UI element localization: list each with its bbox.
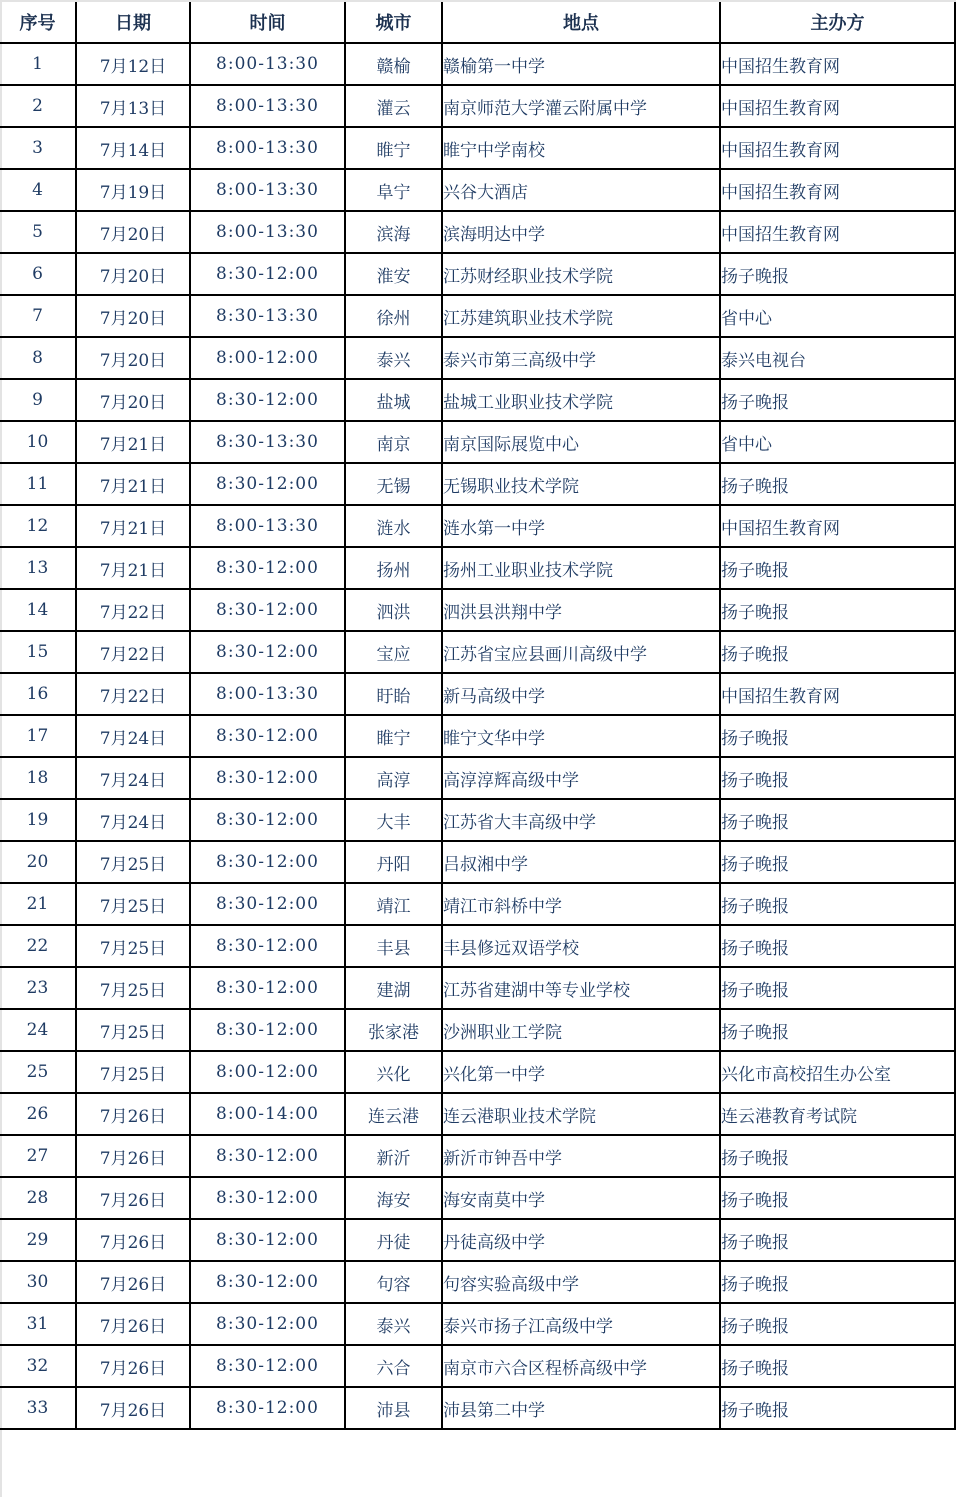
- cell-organizer: 扬子晚报: [720, 1387, 955, 1429]
- cell-no: 25: [0, 1051, 76, 1093]
- cell-no: 27: [0, 1135, 76, 1177]
- header-time: 时间: [190, 2, 345, 43]
- cell-city: 张家港: [345, 1009, 442, 1051]
- cell-city: 丰县: [345, 925, 442, 967]
- cell-date: 7月14日: [76, 127, 190, 169]
- cell-no: 7: [0, 295, 76, 337]
- table-row: 17月12日8:00-13:30赣榆赣榆第一中学中国招生教育网: [0, 43, 955, 85]
- table-row: 327月26日8:30-12:00六合南京市六合区程桥高级中学扬子晚报: [0, 1345, 955, 1387]
- table-row: 337月26日8:30-12:00沛县沛县第二中学扬子晚报: [0, 1387, 955, 1429]
- header-row: 序号 日期 时间 城市 地点 主办方: [0, 2, 955, 43]
- cell-no: 21: [0, 883, 76, 925]
- cell-city: 兴化: [345, 1051, 442, 1093]
- cell-time: 8:30-12:00: [190, 547, 345, 589]
- cell-time: 8:00-13:30: [190, 211, 345, 253]
- cell-location: 高淳淳辉高级中学: [442, 757, 720, 799]
- cell-city: 淮安: [345, 253, 442, 295]
- cell-location: 泰兴市扬子江高级中学: [442, 1303, 720, 1345]
- header-location: 地点: [442, 2, 720, 43]
- cell-organizer: 中国招生教育网: [720, 211, 955, 253]
- cell-location: 连云港职业技术学院: [442, 1093, 720, 1135]
- cell-time: 8:30-12:00: [190, 1009, 345, 1051]
- cell-location: 沙洲职业工学院: [442, 1009, 720, 1051]
- cell-city: 阜宁: [345, 169, 442, 211]
- cell-date: 7月26日: [76, 1345, 190, 1387]
- cell-time: 8:00-14:00: [190, 1093, 345, 1135]
- cell-organizer: 中国招生教育网: [720, 505, 955, 547]
- cell-city: 无锡: [345, 463, 442, 505]
- cell-organizer: 中国招生教育网: [720, 85, 955, 127]
- cell-organizer: 扬子晚报: [720, 1135, 955, 1177]
- cell-no: 31: [0, 1303, 76, 1345]
- cell-organizer: 省中心: [720, 421, 955, 463]
- cell-no: 24: [0, 1009, 76, 1051]
- cell-organizer: 扬子晚报: [720, 967, 955, 1009]
- cell-time: 8:00-13:30: [190, 43, 345, 85]
- cell-no: 20: [0, 841, 76, 883]
- cell-no: 15: [0, 631, 76, 673]
- cell-time: 8:30-12:00: [190, 883, 345, 925]
- table-row: 207月25日8:30-12:00丹阳吕叔湘中学扬子晚报: [0, 841, 955, 883]
- table-header: 序号 日期 时间 城市 地点 主办方: [0, 2, 955, 43]
- cell-date: 7月21日: [76, 463, 190, 505]
- cell-time: 8:30-12:00: [190, 589, 345, 631]
- cell-date: 7月20日: [76, 337, 190, 379]
- cell-time: 8:00-13:30: [190, 85, 345, 127]
- cell-no: 1: [0, 43, 76, 85]
- cell-no: 16: [0, 673, 76, 715]
- cell-time: 8:30-12:00: [190, 463, 345, 505]
- table-row: 297月26日8:30-12:00丹徒丹徒高级中学扬子晚报: [0, 1219, 955, 1261]
- table-row: 57月20日8:00-13:30滨海滨海明达中学中国招生教育网: [0, 211, 955, 253]
- cell-no: 33: [0, 1387, 76, 1429]
- table-row: 317月26日8:30-12:00泰兴泰兴市扬子江高级中学扬子晚报: [0, 1303, 955, 1345]
- cell-no: 4: [0, 169, 76, 211]
- cell-date: 7月20日: [76, 379, 190, 421]
- table-row: 87月20日8:00-12:00泰兴泰兴市第三高级中学泰兴电视台: [0, 337, 955, 379]
- cell-location: 新沂市钟吾中学: [442, 1135, 720, 1177]
- cell-date: 7月25日: [76, 1009, 190, 1051]
- cell-time: 8:30-12:00: [190, 1345, 345, 1387]
- cell-location: 赣榆第一中学: [442, 43, 720, 85]
- cell-time: 8:30-12:00: [190, 1261, 345, 1303]
- cell-no: 17: [0, 715, 76, 757]
- cell-date: 7月26日: [76, 1093, 190, 1135]
- table-row: 117月21日8:30-12:00无锡无锡职业技术学院扬子晚报: [0, 463, 955, 505]
- table-body: 17月12日8:00-13:30赣榆赣榆第一中学中国招生教育网27月13日8:0…: [0, 43, 955, 1429]
- cell-location: 靖江市斜桥中学: [442, 883, 720, 925]
- cell-city: 泰兴: [345, 1303, 442, 1345]
- cell-date: 7月21日: [76, 505, 190, 547]
- cell-date: 7月20日: [76, 253, 190, 295]
- cell-date: 7月13日: [76, 85, 190, 127]
- cell-time: 8:30-12:00: [190, 253, 345, 295]
- table-row: 187月24日8:30-12:00高淳高淳淳辉高级中学扬子晚报: [0, 757, 955, 799]
- cell-location: 海安南莫中学: [442, 1177, 720, 1219]
- cell-date: 7月25日: [76, 841, 190, 883]
- cell-organizer: 连云港教育考试院: [720, 1093, 955, 1135]
- cell-organizer: 扬子晚报: [720, 1009, 955, 1051]
- table-row: 227月25日8:30-12:00丰县丰县修远双语学校扬子晚报: [0, 925, 955, 967]
- cell-time: 8:00-12:00: [190, 1051, 345, 1093]
- cell-no: 8: [0, 337, 76, 379]
- cell-time: 8:00-13:30: [190, 505, 345, 547]
- cell-location: 吕叔湘中学: [442, 841, 720, 883]
- table-row: 237月25日8:30-12:00建湖江苏省建湖中等专业学校扬子晚报: [0, 967, 955, 1009]
- cell-no: 9: [0, 379, 76, 421]
- cell-city: 盐城: [345, 379, 442, 421]
- cell-city: 南京: [345, 421, 442, 463]
- cell-no: 10: [0, 421, 76, 463]
- cell-time: 8:30-13:30: [190, 421, 345, 463]
- cell-city: 靖江: [345, 883, 442, 925]
- cell-date: 7月12日: [76, 43, 190, 85]
- cell-city: 丹阳: [345, 841, 442, 883]
- cell-city: 连云港: [345, 1093, 442, 1135]
- cell-location: 泗洪县洪翔中学: [442, 589, 720, 631]
- cell-city: 海安: [345, 1177, 442, 1219]
- cell-organizer: 中国招生教育网: [720, 673, 955, 715]
- cell-location: 兴谷大酒店: [442, 169, 720, 211]
- table-row: 177月24日8:30-12:00睢宁睢宁文华中学扬子晚报: [0, 715, 955, 757]
- cell-no: 26: [0, 1093, 76, 1135]
- cell-city: 扬州: [345, 547, 442, 589]
- cell-city: 新沂: [345, 1135, 442, 1177]
- cell-time: 8:30-12:00: [190, 1219, 345, 1261]
- cell-time: 8:30-12:00: [190, 967, 345, 1009]
- cell-city: 丹徒: [345, 1219, 442, 1261]
- header-city: 城市: [345, 2, 442, 43]
- cell-city: 六合: [345, 1345, 442, 1387]
- table-row: 97月20日8:30-12:00盐城盐城工业职业技术学院扬子晚报: [0, 379, 955, 421]
- cell-organizer: 兴化市高校招生办公室: [720, 1051, 955, 1093]
- cell-no: 6: [0, 253, 76, 295]
- cell-organizer: 扬子晚报: [720, 715, 955, 757]
- cell-organizer: 扬子晚报: [720, 799, 955, 841]
- cell-location: 丰县修远双语学校: [442, 925, 720, 967]
- cell-date: 7月26日: [76, 1177, 190, 1219]
- cell-organizer: 扬子晚报: [720, 1219, 955, 1261]
- cell-organizer: 中国招生教育网: [720, 127, 955, 169]
- cell-no: 22: [0, 925, 76, 967]
- cell-location: 南京师范大学灌云附属中学: [442, 85, 720, 127]
- cell-no: 19: [0, 799, 76, 841]
- header-no: 序号: [0, 2, 76, 43]
- cell-organizer: 扬子晚报: [720, 925, 955, 967]
- cell-date: 7月26日: [76, 1303, 190, 1345]
- cell-location: 江苏省大丰高级中学: [442, 799, 720, 841]
- cell-location: 睢宁中学南校: [442, 127, 720, 169]
- cell-date: 7月20日: [76, 211, 190, 253]
- table-row: 167月22日8:00-13:30盱眙新马高级中学中国招生教育网: [0, 673, 955, 715]
- cell-no: 28: [0, 1177, 76, 1219]
- cell-location: 泰兴市第三高级中学: [442, 337, 720, 379]
- cell-date: 7月25日: [76, 1051, 190, 1093]
- cell-city: 睢宁: [345, 715, 442, 757]
- cell-location: 江苏财经职业技术学院: [442, 253, 720, 295]
- cell-location: 南京国际展览中心: [442, 421, 720, 463]
- cell-time: 8:30-12:00: [190, 1387, 345, 1429]
- cell-date: 7月24日: [76, 757, 190, 799]
- cell-location: 江苏建筑职业技术学院: [442, 295, 720, 337]
- cell-city: 灌云: [345, 85, 442, 127]
- cell-date: 7月25日: [76, 883, 190, 925]
- cell-location: 扬州工业职业技术学院: [442, 547, 720, 589]
- table-row: 307月26日8:30-12:00句容句容实验高级中学扬子晚报: [0, 1261, 955, 1303]
- cell-no: 5: [0, 211, 76, 253]
- header-organizer: 主办方: [720, 2, 955, 43]
- table-row: 287月26日8:30-12:00海安海安南莫中学扬子晚报: [0, 1177, 955, 1219]
- cell-organizer: 扬子晚报: [720, 589, 955, 631]
- cell-city: 大丰: [345, 799, 442, 841]
- cell-location: 睢宁文华中学: [442, 715, 720, 757]
- cell-no: 12: [0, 505, 76, 547]
- cell-organizer: 中国招生教育网: [720, 43, 955, 85]
- schedule-table: 序号 日期 时间 城市 地点 主办方 17月12日8:00-13:30赣榆赣榆第…: [0, 2, 956, 1430]
- cell-no: 13: [0, 547, 76, 589]
- cell-location: 江苏省建湖中等专业学校: [442, 967, 720, 1009]
- cell-date: 7月26日: [76, 1219, 190, 1261]
- header-date: 日期: [76, 2, 190, 43]
- cell-date: 7月25日: [76, 967, 190, 1009]
- cell-location: 盐城工业职业技术学院: [442, 379, 720, 421]
- cell-time: 8:30-12:00: [190, 379, 345, 421]
- cell-city: 泗洪: [345, 589, 442, 631]
- table-row: 77月20日8:30-13:30徐州江苏建筑职业技术学院省中心: [0, 295, 955, 337]
- table-row: 247月25日8:30-12:00张家港沙洲职业工学院扬子晚报: [0, 1009, 955, 1051]
- table-row: 47月19日8:00-13:30阜宁兴谷大酒店中国招生教育网: [0, 169, 955, 211]
- cell-organizer: 扬子晚报: [720, 883, 955, 925]
- table-row: 127月21日8:00-13:30涟水涟水第一中学中国招生教育网: [0, 505, 955, 547]
- cell-date: 7月25日: [76, 925, 190, 967]
- cell-organizer: 扬子晚报: [720, 547, 955, 589]
- table-row: 277月26日8:30-12:00新沂新沂市钟吾中学扬子晚报: [0, 1135, 955, 1177]
- cell-location: 涟水第一中学: [442, 505, 720, 547]
- cell-city: 建湖: [345, 967, 442, 1009]
- cell-date: 7月24日: [76, 799, 190, 841]
- cell-no: 2: [0, 85, 76, 127]
- cell-date: 7月22日: [76, 673, 190, 715]
- cell-time: 8:30-12:00: [190, 925, 345, 967]
- cell-no: 11: [0, 463, 76, 505]
- cell-organizer: 扬子晚报: [720, 1261, 955, 1303]
- cell-no: 14: [0, 589, 76, 631]
- cell-time: 8:30-12:00: [190, 1177, 345, 1219]
- cell-location: 句容实验高级中学: [442, 1261, 720, 1303]
- cell-organizer: 扬子晚报: [720, 1345, 955, 1387]
- cell-city: 涟水: [345, 505, 442, 547]
- cell-time: 8:30-12:00: [190, 757, 345, 799]
- cell-no: 32: [0, 1345, 76, 1387]
- cell-date: 7月26日: [76, 1387, 190, 1429]
- cell-time: 8:00-13:30: [190, 127, 345, 169]
- table-row: 147月22日8:30-12:00泗洪泗洪县洪翔中学扬子晚报: [0, 589, 955, 631]
- cell-city: 沛县: [345, 1387, 442, 1429]
- cell-organizer: 中国招生教育网: [720, 169, 955, 211]
- cell-city: 睢宁: [345, 127, 442, 169]
- cell-location: 兴化第一中学: [442, 1051, 720, 1093]
- cell-no: 30: [0, 1261, 76, 1303]
- cell-city: 盱眙: [345, 673, 442, 715]
- cell-time: 8:00-13:30: [190, 169, 345, 211]
- cell-time: 8:30-12:00: [190, 715, 345, 757]
- cell-time: 8:30-12:00: [190, 1135, 345, 1177]
- table-row: 217月25日8:30-12:00靖江靖江市斜桥中学扬子晚报: [0, 883, 955, 925]
- cell-time: 8:00-12:00: [190, 337, 345, 379]
- cell-date: 7月21日: [76, 421, 190, 463]
- cell-time: 8:30-12:00: [190, 631, 345, 673]
- table-row: 137月21日8:30-12:00扬州扬州工业职业技术学院扬子晚报: [0, 547, 955, 589]
- table-row: 67月20日8:30-12:00淮安江苏财经职业技术学院扬子晚报: [0, 253, 955, 295]
- cell-time: 8:30-12:00: [190, 799, 345, 841]
- table-row: 27月13日8:00-13:30灌云南京师范大学灌云附属中学中国招生教育网: [0, 85, 955, 127]
- cell-location: 滨海明达中学: [442, 211, 720, 253]
- cell-time: 8:00-13:30: [190, 673, 345, 715]
- cell-city: 徐州: [345, 295, 442, 337]
- cell-city: 滨海: [345, 211, 442, 253]
- cell-location: 南京市六合区程桥高级中学: [442, 1345, 720, 1387]
- table-row: 257月25日8:00-12:00兴化兴化第一中学兴化市高校招生办公室: [0, 1051, 955, 1093]
- cell-date: 7月24日: [76, 715, 190, 757]
- cell-organizer: 扬子晚报: [720, 463, 955, 505]
- cell-no: 29: [0, 1219, 76, 1261]
- cell-organizer: 扬子晚报: [720, 1303, 955, 1345]
- table-row: 197月24日8:30-12:00大丰江苏省大丰高级中学扬子晚报: [0, 799, 955, 841]
- cell-location: 丹徒高级中学: [442, 1219, 720, 1261]
- cell-location: 沛县第二中学: [442, 1387, 720, 1429]
- cell-date: 7月19日: [76, 169, 190, 211]
- cell-organizer: 扬子晚报: [720, 757, 955, 799]
- cell-city: 赣榆: [345, 43, 442, 85]
- cell-time: 8:30-12:00: [190, 1303, 345, 1345]
- cell-location: 无锡职业技术学院: [442, 463, 720, 505]
- cell-organizer: 扬子晚报: [720, 253, 955, 295]
- cell-city: 泰兴: [345, 337, 442, 379]
- cell-city: 宝应: [345, 631, 442, 673]
- cell-organizer: 扬子晚报: [720, 1177, 955, 1219]
- cell-date: 7月26日: [76, 1261, 190, 1303]
- cell-city: 高淳: [345, 757, 442, 799]
- cell-date: 7月22日: [76, 631, 190, 673]
- table-row: 107月21日8:30-13:30南京南京国际展览中心省中心: [0, 421, 955, 463]
- cell-organizer: 扬子晚报: [720, 841, 955, 883]
- cell-date: 7月26日: [76, 1135, 190, 1177]
- cell-no: 23: [0, 967, 76, 1009]
- cell-organizer: 泰兴电视台: [720, 337, 955, 379]
- cell-organizer: 省中心: [720, 295, 955, 337]
- cell-time: 8:30-12:00: [190, 841, 345, 883]
- cell-no: 3: [0, 127, 76, 169]
- table-row: 267月26日8:00-14:00连云港连云港职业技术学院连云港教育考试院: [0, 1093, 955, 1135]
- table-row: 37月14日8:00-13:30睢宁睢宁中学南校中国招生教育网: [0, 127, 955, 169]
- cell-date: 7月22日: [76, 589, 190, 631]
- cell-no: 18: [0, 757, 76, 799]
- table-row: 157月22日8:30-12:00宝应江苏省宝应县画川高级中学扬子晚报: [0, 631, 955, 673]
- cell-organizer: 扬子晚报: [720, 631, 955, 673]
- cell-location: 新马高级中学: [442, 673, 720, 715]
- cell-organizer: 扬子晚报: [720, 379, 955, 421]
- cell-city: 句容: [345, 1261, 442, 1303]
- cell-location: 江苏省宝应县画川高级中学: [442, 631, 720, 673]
- cell-date: 7月20日: [76, 295, 190, 337]
- cell-date: 7月21日: [76, 547, 190, 589]
- cell-time: 8:30-13:30: [190, 295, 345, 337]
